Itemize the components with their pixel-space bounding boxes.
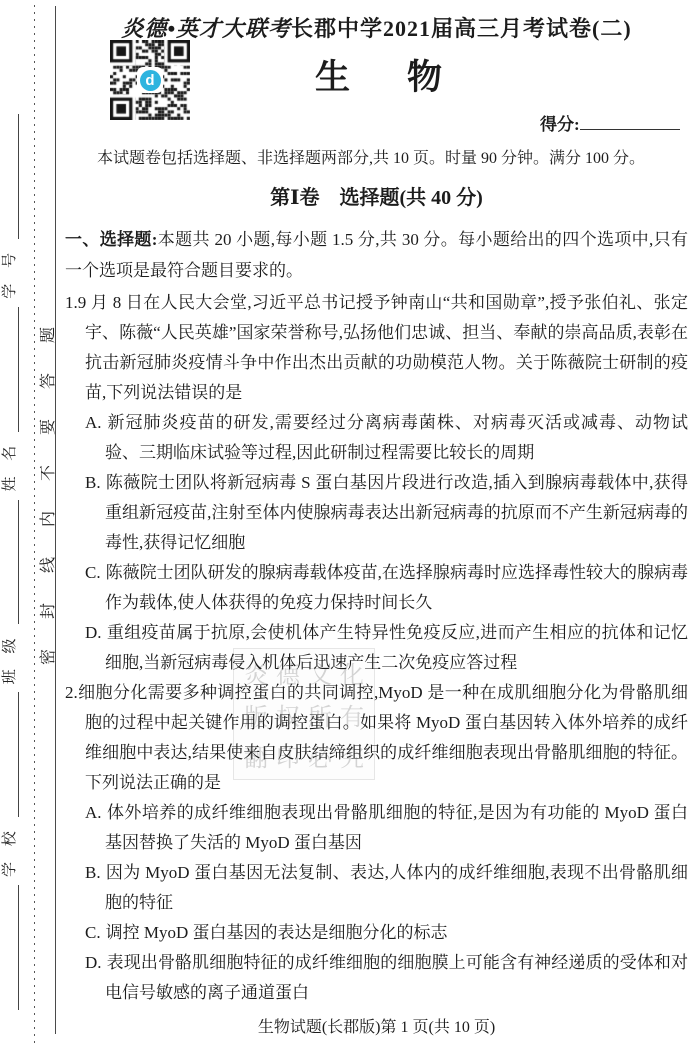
option-text: 调控 MyoD 蛋白基因的表达是细胞分化的标志	[106, 923, 448, 942]
qr-code: d	[110, 40, 190, 120]
note-text: 本题共 20 小题,每小题 1.5 分,共 30 分。每小题给出的四个选项中,只…	[65, 230, 688, 280]
option-row: D.重组疫苗属于抗原,会使机体产生特异性免疫反应,进而产生相应的抗体和记忆细胞,…	[85, 618, 688, 678]
option-label: C.	[85, 563, 101, 582]
score-label: 得分:	[540, 115, 580, 134]
option-label: A.	[85, 413, 102, 432]
field-label-class: 班 级	[0, 627, 19, 691]
question-stem-text: 9 月 8 日在人民大会堂,习近平总书记授予钟南山“共和国勋章”,授予张伯礼、张…	[78, 293, 688, 402]
qr-logo-glyph: d	[140, 70, 161, 91]
option-row: B.陈薇院士团队将新冠病毒 S 蛋白基因片段进行改造,插入到腺病毒载体中,获得重…	[85, 468, 688, 558]
option-row: B.因为 MyoD 蛋白基因无法复制、表达,人体内的成纤维细胞,表现不出骨骼肌细…	[85, 858, 688, 918]
option-label: A.	[85, 803, 102, 822]
main-content: 炎德•英才大联考长郡中学2021届高三月考试卷(二) d 生物 得分: 本试题卷…	[65, 0, 688, 1049]
question-stem: 1.9 月 8 日在人民大会堂,习近平总书记授予钟南山“共和国勋章”,授予张伯礼…	[65, 288, 688, 408]
option-text: 体外培养的成纤维细胞表现出骨骼肌细胞的特征,是因为有功能的 MyoD 蛋白基因替…	[105, 803, 688, 852]
seal-solid-line	[55, 6, 56, 1034]
field-label-name: 姓 名	[0, 434, 19, 498]
score-underline	[580, 113, 680, 130]
option-row: A.体外培养的成纤维细胞表现出骨骼肌细胞的特征,是因为有功能的 MyoD 蛋白基…	[85, 798, 688, 858]
option-row: D.表现出骨骼肌细胞特征的成纤维细胞的细胞膜上可能含有神经递质的受体和对电信号敏…	[85, 948, 688, 1008]
option-label: C.	[85, 923, 101, 942]
exam-instructions: 本试题卷包括选择题、非选择题两部分,共 10 页。时量 90 分钟。满分 100…	[65, 146, 688, 171]
option-label: D.	[85, 623, 102, 642]
option-text: 表现出骨骼肌细胞特征的成纤维细胞的细胞膜上可能含有神经递质的受体和对电信号敏感的…	[105, 953, 688, 1002]
option-row: C.调控 MyoD 蛋白基因的表达是细胞分化的标志	[85, 918, 688, 948]
question-number: 1.	[65, 293, 78, 312]
series-brand: 炎德•英才大联考	[121, 16, 291, 41]
student-info-fields: 学 校班 级姓 名学 号	[0, 112, 19, 1012]
field-blank	[4, 885, 19, 1010]
option-row: C.陈薇院士团队研发的腺病毒载体疫苗,在选择腺病毒时应选择毒性较大的腺病毒作为载…	[85, 558, 688, 618]
field-blank	[4, 692, 19, 817]
score-field: 得分:	[540, 110, 680, 135]
question-stem: 2.细胞分化需要多种调控蛋白的共同调控,MyoD 是一种在成肌细胞分化为骨骼肌细…	[65, 678, 688, 798]
qr-logo-icon: d	[137, 67, 163, 93]
seal-notice-text: 密封线内不要答题	[35, 281, 55, 681]
question-1: 1.9 月 8 日在人民大会堂,习近平总书记授予钟南山“共和国勋章”,授予张伯礼…	[65, 288, 688, 678]
field-blank	[4, 114, 19, 239]
question-stem-text: 细胞分化需要多种调控蛋白的共同调控,MyoD 是一种在成肌细胞分化为骨骼肌细胞的…	[78, 683, 688, 792]
option-text: 新冠肺炎疫苗的研发,需要经过分离病毒菌株、对病毒灭活或减毒、动物试验、三期临床试…	[105, 413, 688, 462]
option-text: 重组疫苗属于抗原,会使机体产生特异性免疫反应,进而产生相应的抗体和记忆细胞,当新…	[105, 623, 688, 672]
field-label-school: 学 校	[0, 819, 19, 883]
option-text: 陈薇院士团队将新冠病毒 S 蛋白基因片段进行改造,插入到腺病毒载体中,获得重组新…	[105, 473, 688, 552]
exam-paper-page: 学 校班 级姓 名学 号 密封线内不要答题 炎德•英才大联考长郡中学2021届高…	[0, 0, 700, 1049]
option-label: D.	[85, 953, 102, 972]
series-rest: 长郡中学2021届高三月考试卷(二)	[291, 16, 632, 41]
field-blank	[4, 500, 19, 625]
exam-series-title: 炎德•英才大联考长郡中学2021届高三月考试卷(二)	[65, 12, 688, 43]
question-list: 1.9 月 8 日在人民大会堂,习近平总书记授予钟南山“共和国勋章”,授予张伯礼…	[65, 288, 688, 1008]
option-label: B.	[85, 473, 101, 492]
field-blank	[4, 307, 19, 432]
option-text: 陈薇院士团队研发的腺病毒载体疫苗,在选择腺病毒时应选择毒性较大的腺病毒作为载体,…	[105, 563, 688, 612]
page-footer: 生物试题(长郡版)第 1 页(共 10 页)	[65, 1014, 688, 1037]
multiple-choice-note: 一、选择题:本题共 20 小题,每小题 1.5 分,共 30 分。每小题给出的四…	[65, 224, 688, 286]
option-text: 因为 MyoD 蛋白基因无法复制、表达,人体内的成纤维细胞,表现不出骨骼肌细胞的…	[105, 863, 688, 912]
option-row: A.新冠肺炎疫苗的研发,需要经过分离病毒菌株、对病毒灭活或减毒、动物试验、三期临…	[85, 408, 688, 468]
option-label: B.	[85, 863, 101, 882]
question-2: 2.细胞分化需要多种调控蛋白的共同调控,MyoD 是一种在成肌细胞分化为骨骼肌细…	[65, 678, 688, 1008]
note-label: 一、选择题:	[65, 230, 157, 249]
subject-title: 生物	[315, 50, 499, 100]
question-number: 2.	[65, 683, 78, 702]
section-title: 第Ⅰ卷 选择题(共 40 分)	[65, 181, 688, 210]
field-label-student-id: 学 号	[0, 241, 19, 305]
